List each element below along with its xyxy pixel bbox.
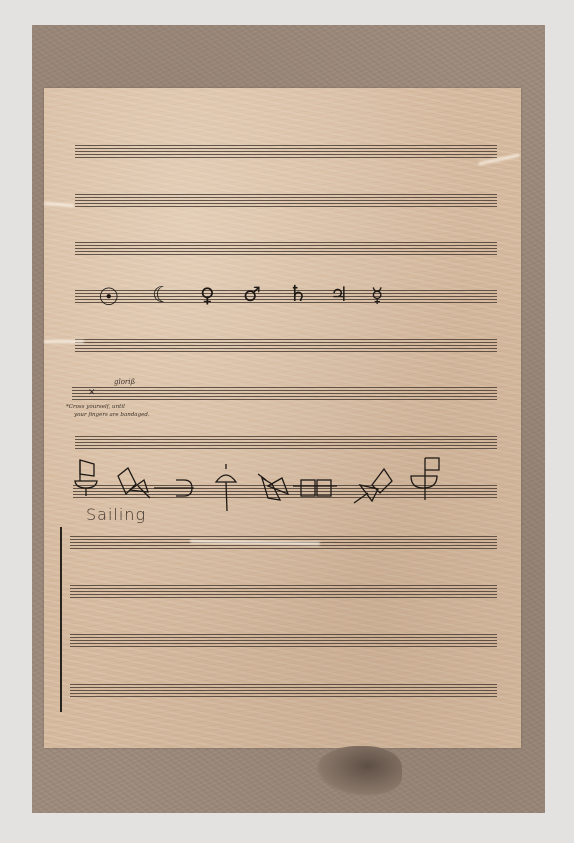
paper-crease — [44, 340, 84, 343]
annotation-line-1: *Cross yourself, until — [66, 404, 125, 410]
staff-2 — [75, 194, 497, 208]
sailboat-drawing-3 — [154, 476, 196, 498]
sailboat-drawing-5 — [258, 472, 296, 502]
staff-6-annotated — [72, 387, 497, 401]
sailboat-drawing-2 — [116, 466, 156, 498]
wall-hole — [316, 746, 402, 796]
staff-7 — [75, 436, 497, 450]
venus-symbol-icon: ♀ — [200, 285, 215, 305]
staff-12 — [70, 684, 497, 698]
staff-5 — [75, 339, 497, 353]
annotation-line-2: your fingers are bandaged. — [74, 412, 150, 418]
system-bracket-line — [60, 527, 62, 712]
mercury-symbol-icon: ☿ — [371, 285, 383, 305]
annotation-title: gloriß — [114, 378, 135, 386]
staff-1 — [75, 145, 497, 159]
annotation-cross-mark: ✕ — [88, 388, 96, 398]
sailboat-drawing-7 — [354, 467, 394, 505]
moon-symbol-icon: ☽ — [152, 285, 172, 307]
saturn-symbol-icon: ♄ — [288, 284, 308, 306]
jupiter-symbol-icon: ♃ — [330, 284, 348, 304]
mars-symbol-icon: ♂ — [243, 284, 261, 304]
staff-11 — [70, 634, 497, 648]
staff-3 — [75, 242, 497, 256]
sun-symbol-icon: ☉ — [98, 285, 120, 309]
sailboat-drawing-1 — [74, 456, 102, 496]
sailboat-drawing-4 — [214, 466, 238, 512]
sailing-label: Sailing — [86, 505, 146, 524]
sailboat-drawing-6 — [293, 476, 337, 500]
staff-paper-sheet — [44, 88, 521, 748]
sailboat-drawing-8 — [409, 456, 443, 502]
staff-4-planets — [75, 290, 497, 304]
staff-10 — [70, 585, 497, 599]
